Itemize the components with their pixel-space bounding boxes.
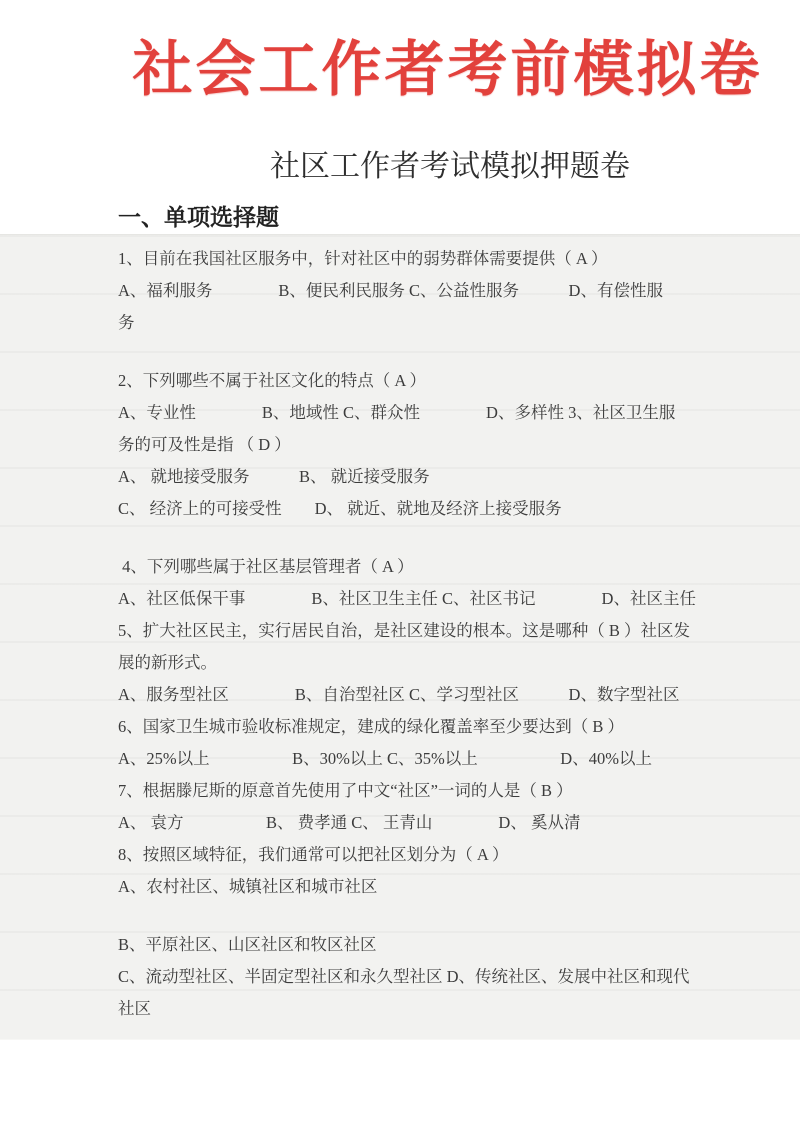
- question-line: A、福利服务 B、便民利民服务 C、公益性服务 D、有偿性服: [118, 275, 710, 307]
- question-paragraph: B、平原社区、山区社区和牧区社区C、流动型社区、半固定型社区和永久型社区 D、传…: [118, 929, 710, 1025]
- question-line: 社区: [118, 993, 710, 1025]
- question-line: A、社区低保干事 B、社区卫生主任 C、社区书记 D、社区主任: [118, 583, 710, 615]
- question-paragraph: 4、下列哪些属于社区基层管理者（ A ）A、社区低保干事 B、社区卫生主任 C、…: [118, 551, 710, 903]
- exam-body: 1、目前在我国社区服务中，针对社区中的弱势群体需要提供（ A ）A、福利服务 B…: [0, 234, 800, 1040]
- question-line: 5、扩大社区民主，实行居民自治，是社区建设的根本。这是哪种（ B ）社区发: [118, 615, 710, 647]
- question-line: 2、下列哪些不属于社区文化的特点（ A ）: [118, 365, 710, 397]
- question-line: A、服务型社区 B、自治型社区 C、学习型社区 D、数字型社区: [118, 679, 710, 711]
- question-line: A、 就地接受服务 B、 就近接受服务: [118, 461, 710, 493]
- question-line: 展的新形式。: [118, 647, 710, 679]
- question-line: 6、国家卫生城市验收标准规定，建成的绿化覆盖率至少要达到（ B ）: [118, 711, 710, 743]
- question-paragraph: 1、目前在我国社区服务中，针对社区中的弱势群体需要提供（ A ）A、福利服务 B…: [118, 243, 710, 339]
- question-line: 务的可及性是指 （ D ）: [118, 429, 710, 461]
- question-line: A、农村社区、城镇社区和城市社区: [118, 871, 710, 903]
- question-line: 1、目前在我国社区服务中，针对社区中的弱势群体需要提供（ A ）: [118, 243, 710, 275]
- document-subtitle: 社区工作者考试模拟押题卷: [0, 148, 800, 186]
- question-paragraph: 2、下列哪些不属于社区文化的特点（ A ）A、专业性 B、地域性 C、群众性 D…: [118, 365, 710, 525]
- question-line: C、 经济上的可接受性 D、 就近、就地及经济上接受服务: [118, 493, 710, 525]
- question-line: A、专业性 B、地域性 C、群众性 D、多样性 3、社区卫生服: [118, 397, 710, 429]
- question-line: A、25%以上 B、30%以上 C、35%以上 D、40%以上: [118, 743, 710, 775]
- question-line: 务: [118, 307, 710, 339]
- question-line: 4、下列哪些属于社区基层管理者（ A ）: [118, 551, 710, 583]
- question-line: B、平原社区、山区社区和牧区社区: [118, 929, 710, 961]
- question-line: A、 袁方 B、 费孝通 C、 王青山 D、 奚从清: [118, 807, 710, 839]
- section-heading: 一、单项选择题: [118, 202, 800, 232]
- document-page: 社会工作者考前模拟卷 社区工作者考试模拟押题卷 一、单项选择题 1、目前在我国社…: [0, 0, 800, 1123]
- question-line: 8、按照区域特征，我们通常可以把社区划分为（ A ）: [118, 839, 710, 871]
- question-line: 7、根据滕尼斯的原意首先使用了中文“社区”一词的人是（ B ）: [118, 775, 710, 807]
- question-line: C、流动型社区、半固定型社区和永久型社区 D、传统社区、发展中社区和现代: [118, 961, 710, 993]
- banner-title: 社会工作者考前模拟卷: [0, 40, 800, 100]
